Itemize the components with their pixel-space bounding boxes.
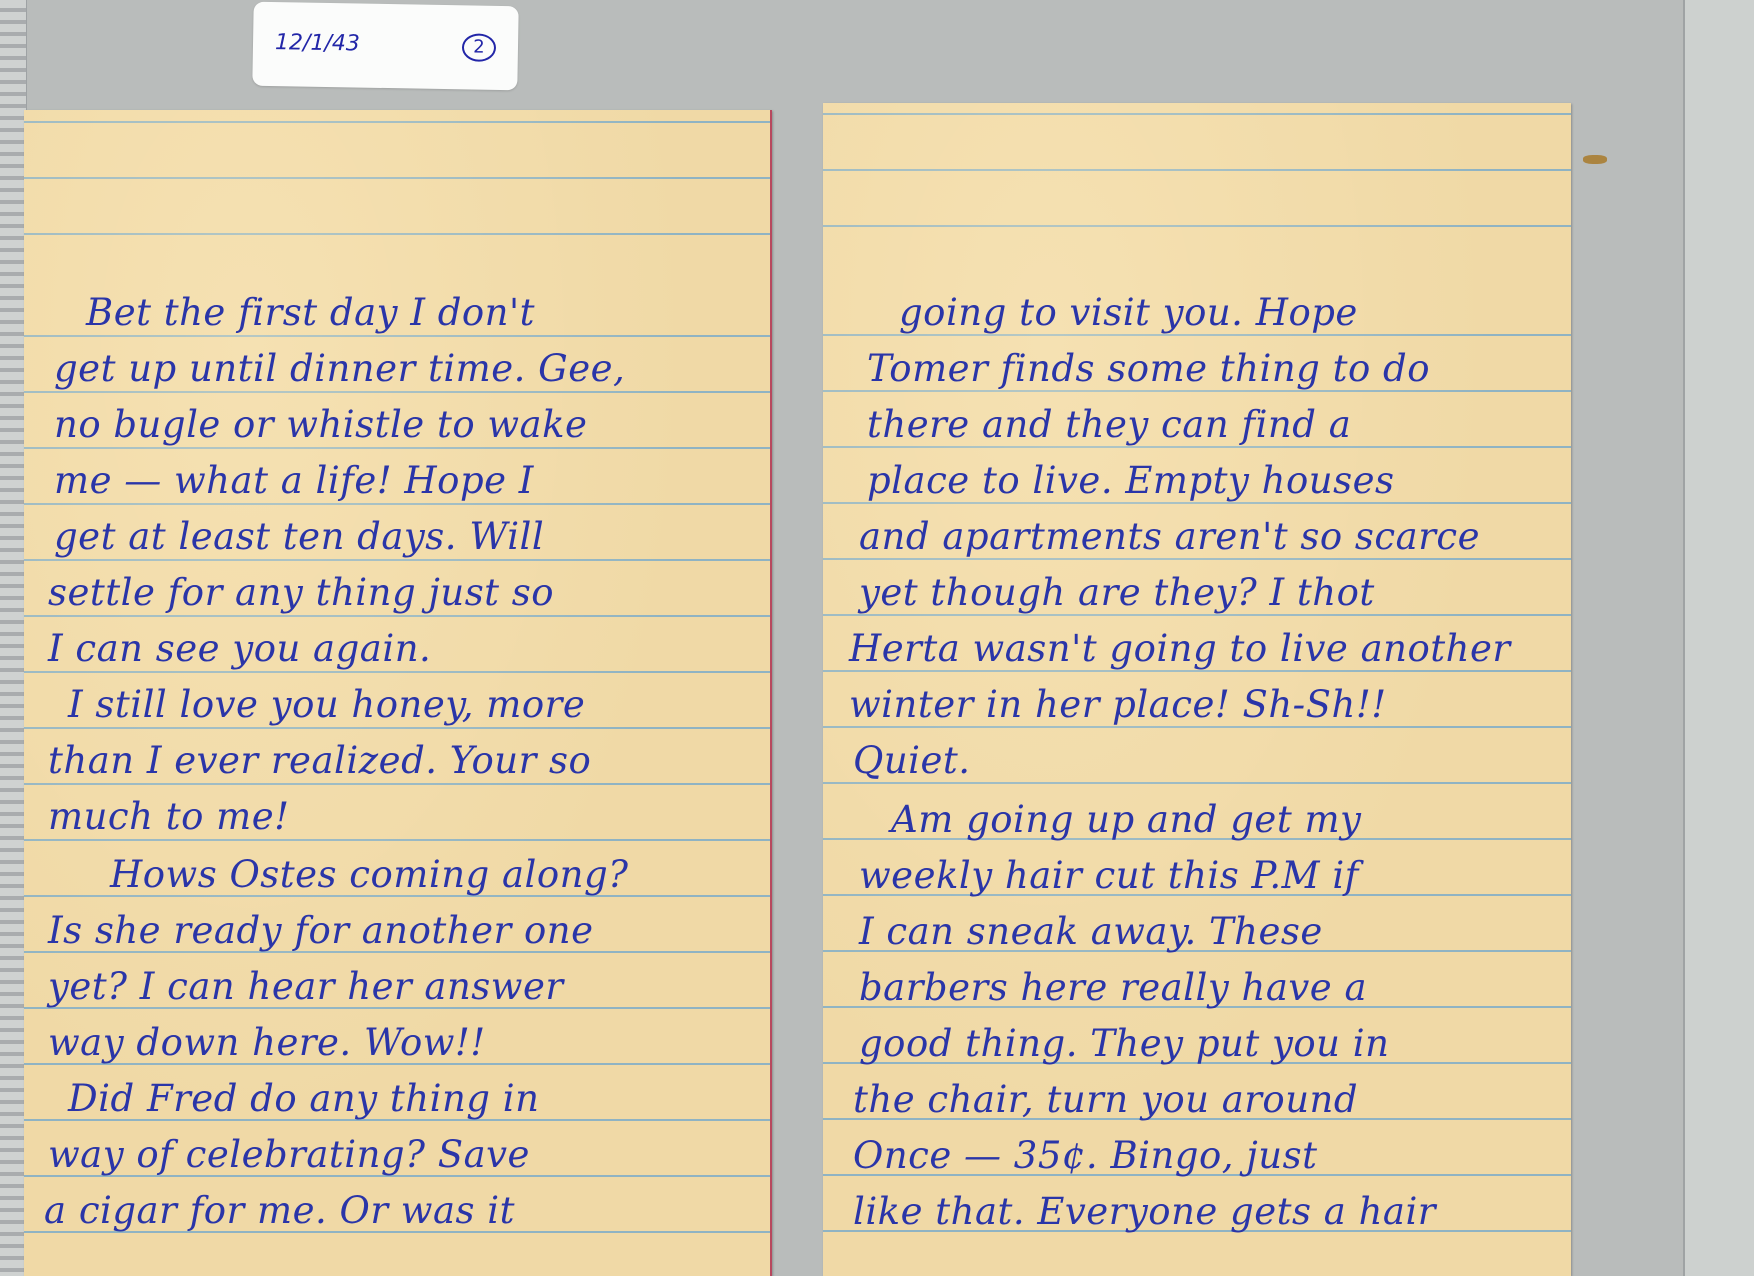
handwritten-line: there and they can find a (867, 403, 1351, 446)
handwritten-line: much to me! (48, 795, 289, 838)
handwritten-line: Quiet. (853, 739, 971, 782)
handwritten-line: I can sneak away. These (859, 910, 1323, 953)
handwritten-line: no bugle or whistle to wake (54, 403, 587, 446)
handwritten-line: like that. Everyone gets a hair (853, 1190, 1436, 1233)
handwritten-line: Bet the first day I don't (86, 291, 535, 334)
handwritten-line: barbers here really have a (859, 966, 1367, 1009)
handwritten-line: Am going up and get my (891, 798, 1361, 841)
letter-page-right: going to visit you. Hope Tomer finds som… (823, 103, 1571, 1276)
handwritten-line: Did Fred do any thing in (68, 1077, 539, 1120)
sleeve-margin (1683, 0, 1754, 1276)
handwritten-line: the chair, turn you around (853, 1078, 1358, 1121)
label-date: 12/1/43 (275, 30, 360, 56)
handwritten-line: and apartments aren't so scarce (859, 515, 1480, 558)
handwritten-line: way of celebrating? Save (48, 1133, 530, 1176)
letter-page-left: Bet the first day I don't get up until d… (24, 110, 772, 1276)
handwritten-line: way down here. Wow!! (48, 1021, 486, 1064)
handwritten-line: get up until dinner time. Gee, (54, 347, 625, 390)
handwritten-line: winter in her place! Sh-Sh!! (849, 683, 1387, 726)
handwritten-line: settle for any thing just so (48, 571, 554, 614)
handwritten-line: than I ever realized. Your so (48, 739, 591, 782)
handwritten-line: Tomer finds some thing to do (867, 347, 1430, 390)
handwritten-line: a cigar for me. Or was it (44, 1189, 515, 1232)
handwritten-line: Once — 35¢. Bingo, just (853, 1134, 1317, 1177)
handwritten-line: Is she ready for another one (48, 909, 593, 952)
handwritten-line: place to live. Empty houses (867, 459, 1394, 502)
handwritten-line: get at least ten days. Will (54, 515, 544, 558)
binder-sleeve-edge (0, 0, 27, 1276)
handwritten-line: going to visit you. Hope (899, 291, 1358, 334)
handwritten-line: Herta wasn't going to live another (849, 627, 1511, 670)
handwritten-line: yet though are they? I thot (859, 571, 1375, 614)
handwritten-line: Hows Ostes coming along? (110, 853, 629, 896)
archive-label: 12/1/43 2 (252, 2, 518, 91)
handwritten-line: good thing. They put you in (859, 1022, 1389, 1065)
handwritten-line: I still love you honey, more (68, 683, 585, 726)
debris-speck (1583, 155, 1607, 164)
handwritten-line: I can see you again. (48, 627, 431, 670)
handwritten-line: weekly hair cut this P.M if (859, 854, 1359, 897)
label-page-number: 2 (462, 33, 496, 62)
handwritten-line: yet? I can hear her answer (48, 965, 564, 1008)
handwritten-line: me — what a life! Hope I (54, 459, 534, 502)
